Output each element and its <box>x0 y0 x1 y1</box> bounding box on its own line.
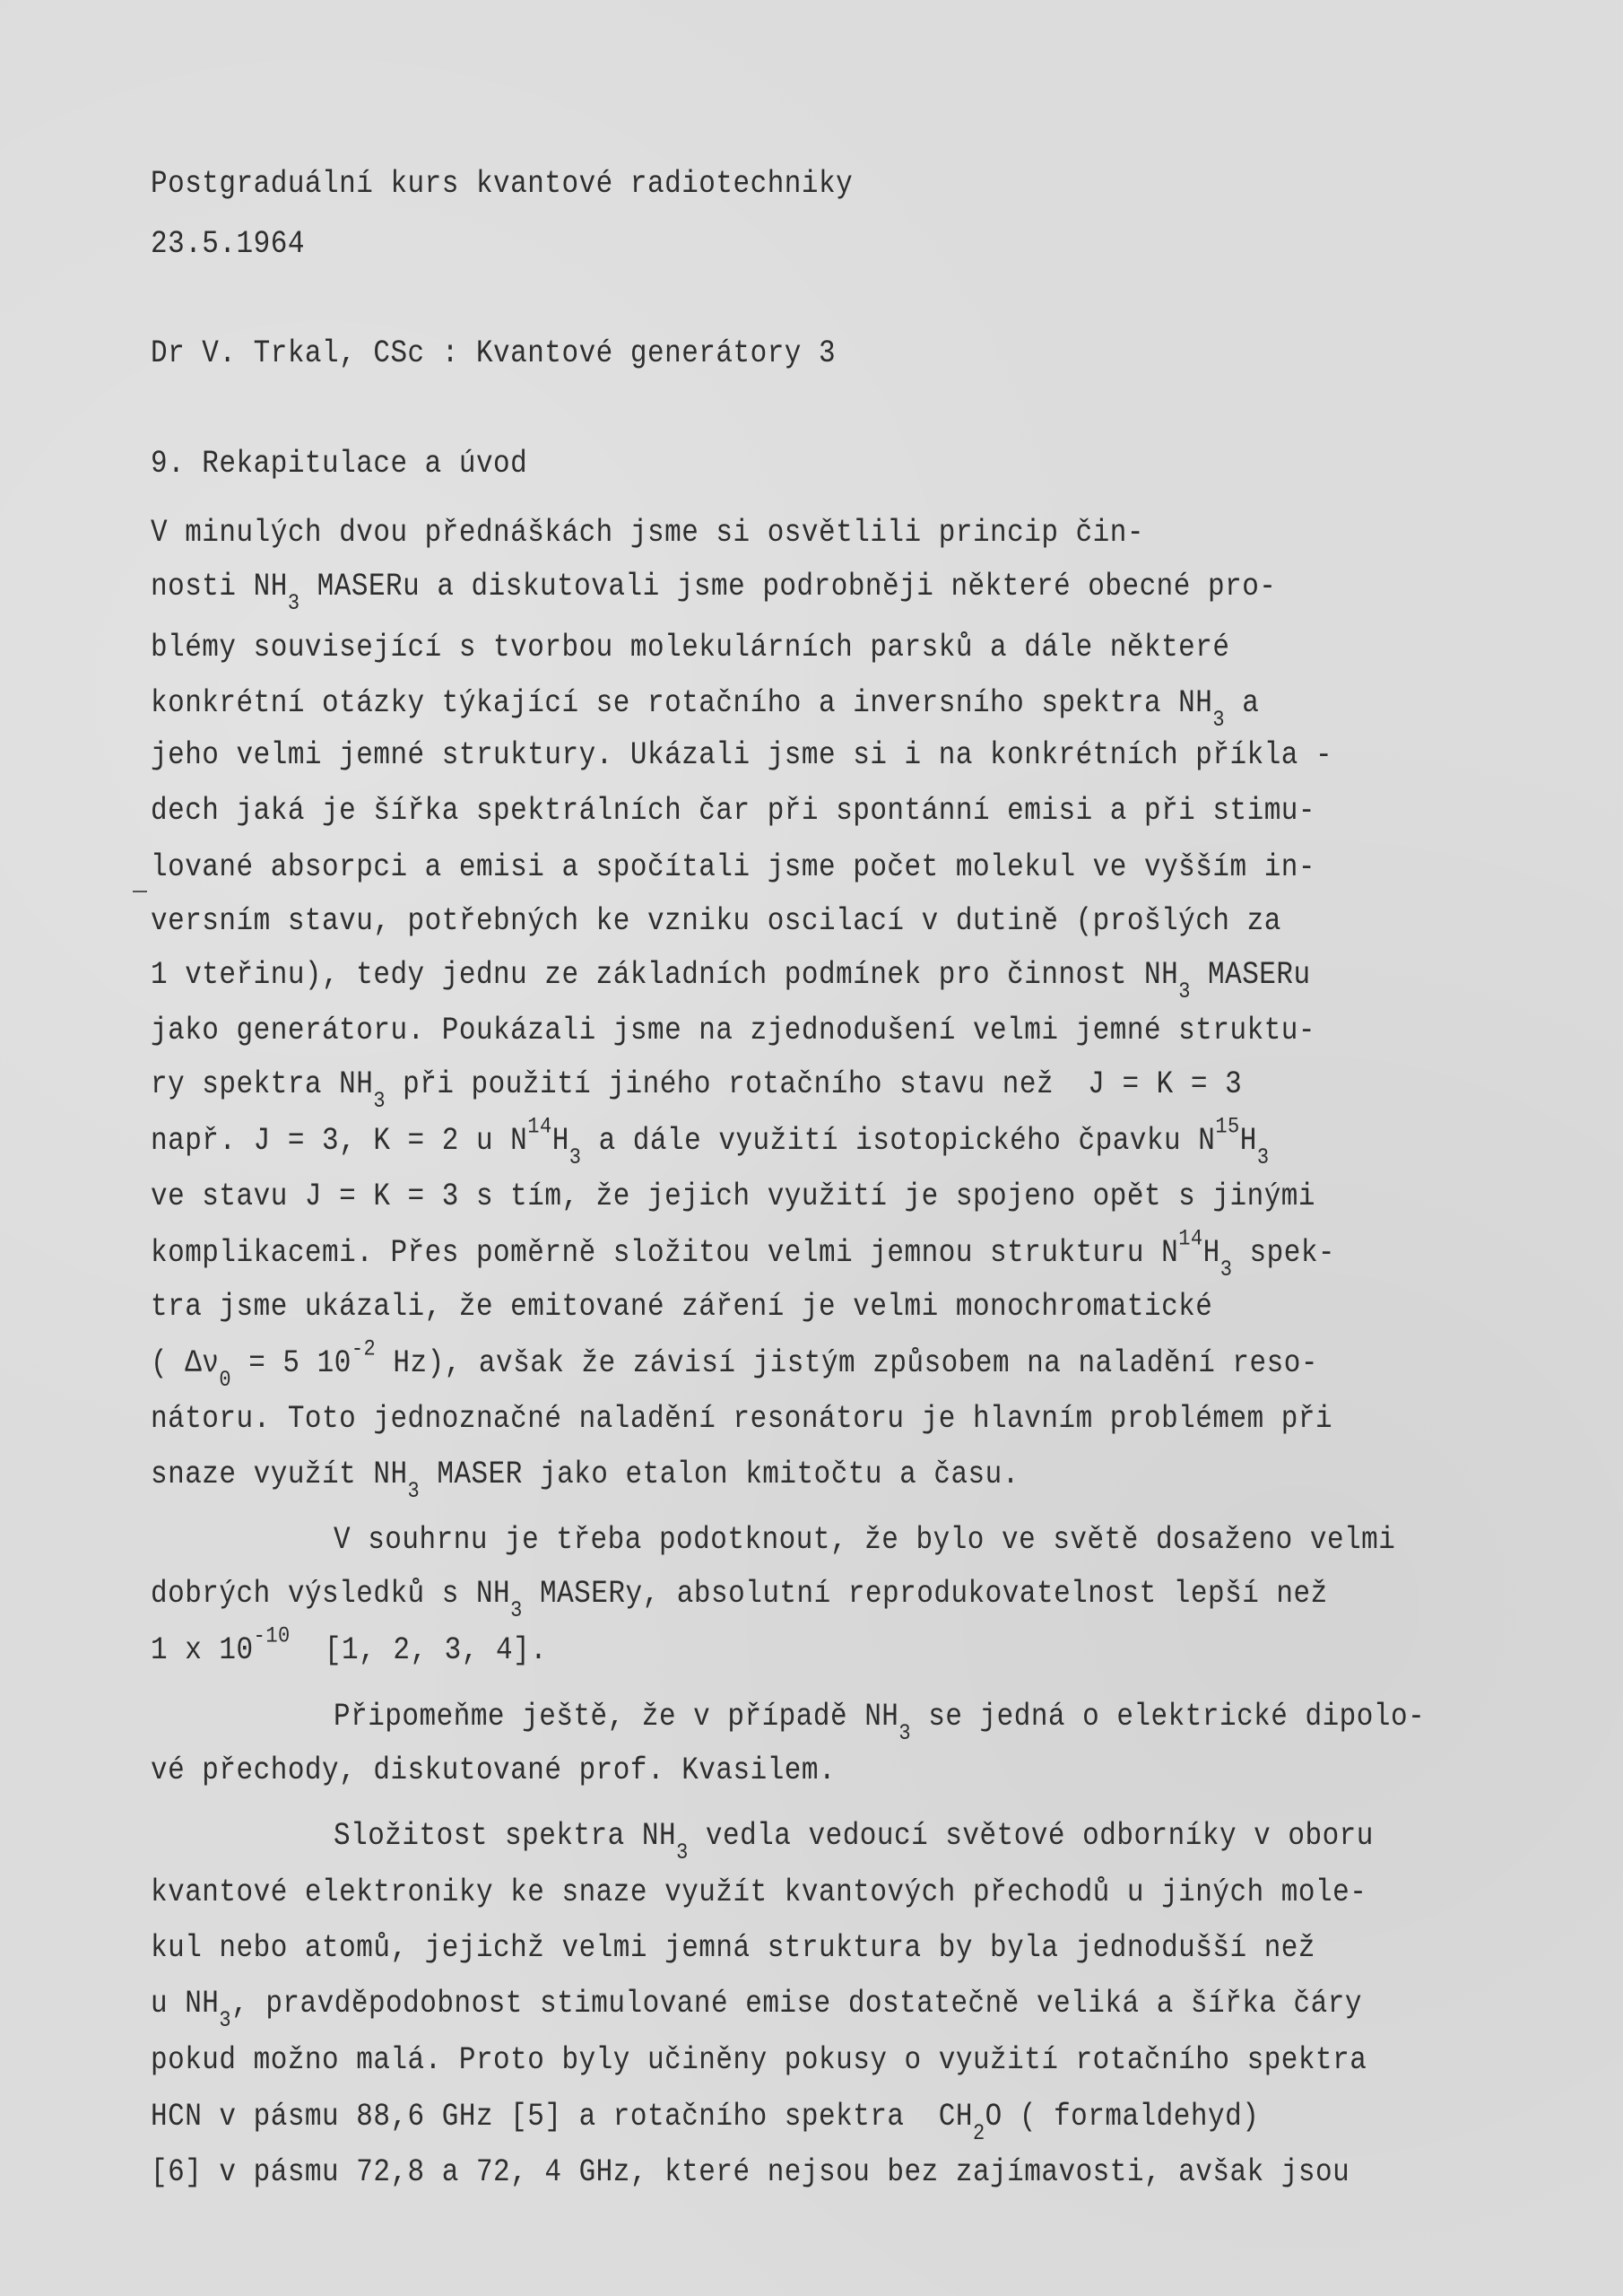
course-title: Postgraduální kurs kvantové radiotechnik… <box>151 164 853 205</box>
text-line: 1 x 10-10 [1, 2, 3, 4]. <box>151 1631 547 1672</box>
text-line: dech jaká je šířka spektrálních čar při … <box>151 791 1315 832</box>
superscript: -2 <box>352 1336 376 1362</box>
text-line: Složitost spektra NH3 vedla vedoucí svět… <box>334 1816 1374 1857</box>
text-line: Připomeňme ještě, že v případě NH3 se je… <box>334 1697 1425 1738</box>
lecture-heading: Dr V. Trkal, CSc : Kvantové generátory 3 <box>151 334 836 375</box>
text-line: konkrétní otázky týkající se rotačního a… <box>151 683 1259 725</box>
superscript: 14 <box>1178 1226 1202 1252</box>
text-line: versním stavu, potřebných ke vzniku osci… <box>151 901 1281 943</box>
superscript: 14 <box>527 1114 551 1140</box>
section-title: 9. Rekapitulace a úvod <box>151 444 527 485</box>
subscript: 3 <box>373 1088 386 1114</box>
text-line: např. J = 3, K = 2 u N14H3 a dále využit… <box>151 1121 1270 1162</box>
subscript: 3 <box>1257 1144 1270 1170</box>
subscript: 3 <box>676 1839 689 1865</box>
text-line: HCN v pásmu 88,6 GHz [5] a rotačního spe… <box>151 2097 1259 2138</box>
margin-mark <box>133 891 147 892</box>
text-line: ve stavu J = K = 3 s tím, že jejich využ… <box>151 1177 1315 1218</box>
text-line: snaze využít NH3 MASER jako etalon kmito… <box>151 1455 1020 1496</box>
text-line: 1 vteřinu), tedy jednu ze základních pod… <box>151 955 1311 996</box>
text-line: jeho velmi jemné struktury. Ukázali jsme… <box>151 735 1332 777</box>
text-line: ( Δν0 = 5 10-2 Hz), avšak že závisí jist… <box>151 1344 1318 1385</box>
text-line: [6] v pásmu 72,8 a 72, 4 GHz, které nejs… <box>151 2152 1350 2194</box>
subscript: 3 <box>510 1597 523 1623</box>
text-line: vé přechody, diskutované prof. Kvasilem. <box>151 1751 836 1792</box>
text-line: ry spektra NH3 při použití jiného rotačn… <box>151 1065 1242 1106</box>
subscript: 3 <box>569 1144 582 1170</box>
subscript: 0 <box>219 1367 231 1393</box>
text-line: tra jsme ukázali, že emitované záření je… <box>151 1287 1212 1328</box>
text-line: dobrých výsledků s NH3 MASERy, absolutní… <box>151 1574 1328 1615</box>
text-line: pokud možno malá. Proto byly učiněny pok… <box>151 2040 1367 2082</box>
text-line: blémy související s tvorbou molekulárníc… <box>151 628 1230 669</box>
text-line: kul nebo atomů, jejichž velmi jemná stru… <box>151 1928 1315 1970</box>
text-line: nosti NH3 MASERu a diskutovali jsme podr… <box>151 567 1276 608</box>
text-line: V souhrnu je třeba podotknout, že bylo v… <box>334 1520 1395 1561</box>
superscript: -10 <box>254 1623 291 1649</box>
typewritten-page: Postgraduální kurs kvantové radiotechnik… <box>0 0 1623 2296</box>
subscript: 3 <box>408 1478 421 1504</box>
superscript: 15 <box>1215 1114 1239 1140</box>
text-line: lované absorpci a emisi a spočítali jsme… <box>151 848 1315 889</box>
subscript: 3 <box>288 590 300 616</box>
subscript: 3 <box>219 2007 231 2033</box>
text-line: nátoru. Toto jednoznačné naladění resoná… <box>151 1399 1332 1440</box>
lecture-date: 23.5.1964 <box>151 224 305 265</box>
text-line: kvantové elektroniky ke snaze využít kva… <box>151 1873 1367 1914</box>
subscript: 3 <box>898 1720 911 1746</box>
subscript: 3 <box>1178 978 1191 1004</box>
text-line: jako generátoru. Poukázali jsme na zjedn… <box>151 1011 1315 1052</box>
text-line: V minulých dvou přednáškách jsme si osvě… <box>151 513 1144 554</box>
text-line: komplikacemi. Přes poměrně složitou velm… <box>151 1233 1335 1274</box>
subscript: 3 <box>1220 1257 1233 1283</box>
subscript: 2 <box>973 2120 985 2146</box>
subscript: 3 <box>1212 707 1225 733</box>
text-line: u NH3, pravděpodobnost stimulované emise… <box>151 1984 1362 2025</box>
